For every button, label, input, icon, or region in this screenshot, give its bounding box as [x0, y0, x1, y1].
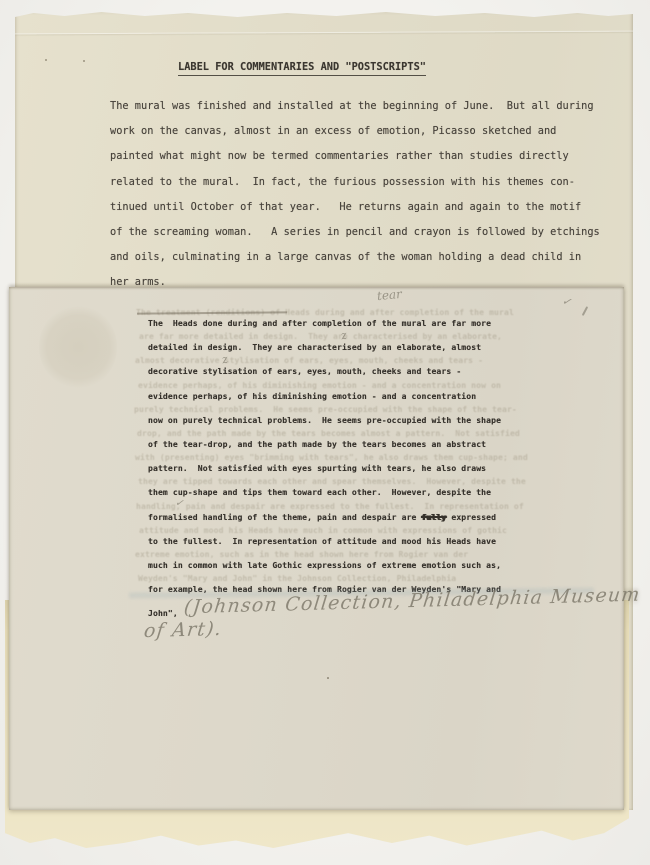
struck-out-word: fully	[422, 512, 447, 522]
typed-text: expressed	[446, 512, 496, 522]
page-2-sheet: The treatment (renditions) of Heads duri…	[9, 287, 624, 810]
handwritten-annotation-line-2: of Art).	[143, 618, 223, 642]
typed-line: painted what might now be termed comment…	[110, 150, 569, 162]
ghost-text-line: extreme emotion, such as in the head sho…	[135, 549, 468, 559]
pencil-note-tear: tear	[376, 287, 402, 303]
typed-line: work on the canvas, almost in an excess …	[110, 125, 556, 137]
typed-line: The Heads done during and after completi…	[148, 318, 491, 328]
page-title: LABEL FOR COMMENTARIES AND "POSTSCRIPTS"	[178, 61, 426, 76]
typed-line: of the screaming woman. A series in penc…	[110, 226, 600, 238]
typed-line: tinued until October of that year. He re…	[110, 201, 581, 213]
typed-line: pattern. Not satisfied with eyes spurtin…	[148, 463, 486, 473]
document-scan: LABEL FOR COMMENTARIES AND "POSTSCRIPTS"…	[0, 0, 650, 865]
typed-line: The mural was finished and installed at …	[110, 100, 594, 112]
pencil-caret-correction: ✓	[174, 497, 184, 509]
pencil-slash-mark	[582, 306, 588, 316]
ghost-text-line: with (presenting) eyes "brimming with te…	[135, 452, 528, 462]
typed-line: decorative stylisation of ears, eyes, mo…	[148, 366, 461, 376]
ghost-text-line: handling, pain and despair are expressed…	[136, 501, 524, 511]
paper-speck	[327, 677, 329, 679]
typed-line: evidence perhaps, of his diminishing emo…	[148, 391, 476, 401]
typed-line: to the fullest. In representation of att…	[148, 536, 496, 546]
ghost-text-line: Weyden's "Mary and John" in the Johnson …	[138, 573, 456, 583]
typed-line: them cup-shape and tips them toward each…	[148, 487, 491, 497]
typed-line: of the tear-drop, and the path made by t…	[148, 439, 486, 449]
paper-speck	[45, 59, 47, 61]
typed-line: detailed in design. They are characteris…	[148, 342, 481, 352]
typed-line: John",	[148, 608, 178, 618]
ghost-text-line: almost decorative stylisation of ears, e…	[135, 355, 483, 365]
typed-line-with-strikeout: formalised handling of the theme, pain a…	[148, 512, 496, 522]
ghost-text-line: drop, and the path made by the tears bec…	[137, 428, 520, 438]
typed-line: related to the mural. In fact, the furio…	[110, 176, 575, 188]
typed-text: formalised handling of the theme, pain a…	[148, 512, 422, 522]
paper-crease	[15, 31, 633, 35]
ghost-text-line: are far more detailed in design. They ar…	[139, 331, 502, 341]
paper-stain	[39, 305, 117, 389]
paper-speck	[83, 60, 85, 62]
typed-line: much in common with late Gothic expressi…	[148, 560, 501, 570]
pencil-check-mark: ✓	[561, 294, 573, 309]
ghost-text-line: evidence perhaps, of his diminishing emo…	[138, 380, 501, 390]
ghost-text-line: purely technical problems. He seems pre-…	[134, 404, 517, 414]
typed-line: and oils, culminating in a large canvas …	[110, 251, 581, 263]
ghost-text-line: they are tipped towards each other and s…	[138, 476, 526, 486]
typed-line: now on purely technical problems. He see…	[148, 415, 501, 425]
ghost-text-line: attitude and mood his Heads have much in…	[139, 525, 507, 535]
